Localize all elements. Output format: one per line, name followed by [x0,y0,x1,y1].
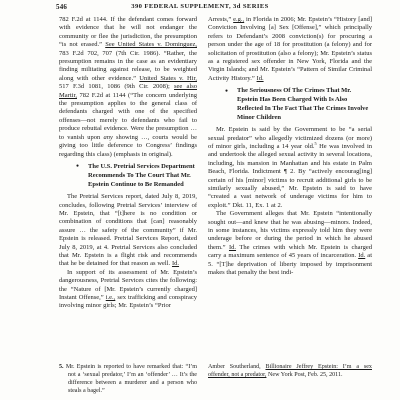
text-run: Mr. Epstein is reported to have remarked… [64,364,197,394]
text-run: Id. [172,260,179,267]
text-run: Id. [229,244,236,251]
bullet-icon: ● [225,88,237,97]
text-run: i.e., [106,294,116,301]
text-run: United States v. Hir, [139,75,197,82]
running-head-title: 390 FEDERAL SUPPLEMENT, 3d SERIES [0,3,400,10]
section-heading-text: The Seriousness Of The Crimes That Mr. E… [237,87,368,120]
text-run: Amber Southerland, [208,364,266,370]
footnote: 5. Mr. Epstein is reported to have remar… [59,364,197,396]
body-paragraph: The Pretrial Services report, dated July… [59,193,197,269]
left-column: 782 F.2d at 1144. If the defendant comes… [59,16,197,356]
text-run: in Florida in 2006; Mr. Epstein’s “Histo… [208,16,372,82]
text-run: See United States v. Dominguez, [105,41,197,48]
text-run: 517 F.3d 1081, 1086 (9th Cir. 2008); [59,83,174,90]
body-paragraph: The Government alleges that Mr. Epstein … [208,210,372,277]
body-paragraph: Mr. Epstein is said by the Government to… [208,126,372,210]
section-heading: ●The Seriousness Of The Crimes That Mr. … [225,87,372,122]
running-head: 546 390 FEDERAL SUPPLEMENT, 3d SERIES [59,3,372,14]
text-run: New York Post, Feb. 25, 2011. [266,372,342,378]
text-run: The Pretrial Services report, dated July… [59,193,197,267]
right-footnotes: Amber Southerland, Billionaire Jeffrey E… [208,364,372,396]
text-run: e.g., [233,16,244,23]
body-paragraph: 782 F.2d at 1144. If the defendant comes… [59,16,197,159]
section-heading-text: The U.S. Pretrial Services Department Re… [88,163,195,188]
footnotes-section: 5. Mr. Epstein is reported to have remar… [59,364,372,396]
text-run: any [103,134,112,141]
reporter-page: 546 390 FEDERAL SUPPLEMENT, 3d SERIES 78… [0,0,400,400]
text-run: Arrests,” [208,16,233,23]
text-columns: 782 F.2d at 1144. If the defendant comes… [59,16,372,356]
footnote: Amber Southerland, Billionaire Jeffrey E… [208,364,372,380]
section-heading: ●The U.S. Pretrial Services Department R… [76,163,197,189]
text-run: Id. [257,75,264,82]
body-paragraph: Arrests,” e.g., in Florida in 2006; Mr. … [208,16,372,83]
bullet-icon: ● [76,163,88,172]
body-paragraph: In support of its assessment of Mr. Epst… [59,269,197,311]
left-footnotes: 5. Mr. Epstein is reported to have remar… [59,364,197,396]
right-column: Arrests,” e.g., in Florida in 2006; Mr. … [208,16,372,356]
text-run: He was involved in and undertook the all… [208,143,372,209]
